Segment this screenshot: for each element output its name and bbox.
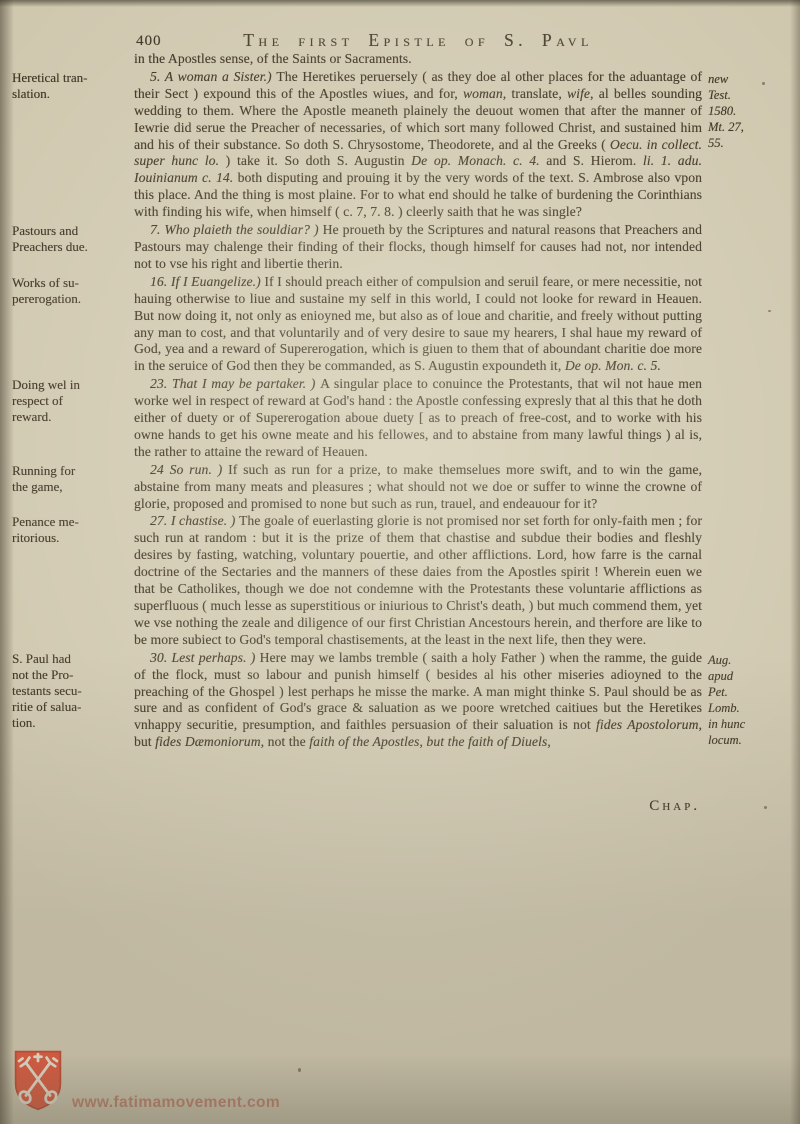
- roman-text: ) take it. So doth S. Augustin: [219, 153, 411, 168]
- italic-text: De op. Monach. c. 4.: [411, 153, 540, 168]
- scan-speck: [298, 1068, 301, 1072]
- roman-text: and S. Hierom.: [540, 153, 643, 168]
- header-left-spacer: [8, 30, 128, 51]
- page-number: 400: [136, 33, 162, 50]
- margin-note-line: tion.: [12, 715, 128, 731]
- margin-note-line: not the Pro-: [12, 667, 128, 683]
- margin-note-left: S. Paul hadnot the Pro-testants secu-rit…: [8, 650, 128, 752]
- margin-note-line: Test.: [708, 87, 792, 103]
- annotation-paragraph: 27. I chastise. ) The goale of euerlasti…: [134, 513, 702, 648]
- margin-note-line: ritie of salua-: [12, 699, 128, 715]
- text-row: Running forthe game,24 So run. ) If such…: [8, 462, 792, 514]
- italic-text: woman: [463, 86, 503, 101]
- italic-text: faith of the Apostles, but the faith of …: [309, 734, 551, 749]
- annotation-paragraph: 24 So run. ) If such as run for a prize,…: [134, 462, 702, 513]
- margin-note-right: newTest.1580.Mt. 27,55.: [708, 69, 792, 222]
- annotation-paragraph: 5. A woman a Sister.) The Heretikes peru…: [134, 69, 702, 221]
- italic-text: 5. A woman a Sister.): [150, 69, 276, 84]
- margin-note-left: [8, 51, 128, 69]
- footer-left-spacer: [8, 752, 128, 815]
- text-row: Doing wel inrespect ofreward.23. That I …: [8, 376, 792, 462]
- text-row: in the Apostles sense, of the Saints or …: [8, 51, 792, 69]
- margin-note-line: Heretical tran-: [12, 70, 128, 86]
- roman-text: , not the: [261, 734, 310, 749]
- margin-note-right: [708, 274, 792, 376]
- margin-note-line: Mt. 27,: [708, 119, 792, 135]
- text-row: Heretical tran-slation.5. A woman a Sist…: [8, 69, 792, 222]
- italic-text: fides Apostolorum: [596, 717, 699, 732]
- margin-note-line: slation.: [12, 86, 128, 102]
- roman-text: in the Apostles sense, of the Saints or …: [134, 51, 412, 66]
- italic-text: wife: [567, 86, 590, 101]
- margin-note-line: Works of su-: [12, 275, 128, 291]
- italic-text: fides Dæmoniorum: [155, 734, 260, 749]
- text-row: Penance me-ritorious.27. I chastise. ) T…: [8, 513, 792, 649]
- margin-note-line: Preachers due.: [12, 239, 128, 255]
- margin-note-line: apud: [708, 668, 792, 684]
- annotation-paragraph: 23. That I may be partaker. ) A singular…: [134, 376, 702, 461]
- margin-note-line: new: [708, 71, 792, 87]
- text-block: in the Apostles sense, of the Saints or …: [8, 51, 792, 752]
- italic-text: 16. If I Euangelize.): [150, 274, 264, 289]
- italic-text: 30. Lest perhaps. ): [150, 650, 260, 665]
- margin-note-line: pererogation.: [12, 291, 128, 307]
- margin-note-left: Pastours andPreachers due.: [8, 222, 128, 274]
- running-title: The first Epistle of S. Pavl: [243, 30, 593, 50]
- margin-note-line: locum.: [708, 732, 792, 748]
- margin-note-line: in hunc: [708, 716, 792, 732]
- scanned-book-page: 400 The first Epistle of S. Pavl in the …: [0, 0, 800, 1124]
- margin-note-line: Lomb.: [708, 700, 792, 716]
- margin-note-right: [708, 462, 792, 514]
- margin-note-left: Penance me-ritorious.: [8, 513, 128, 649]
- margin-note-line: Penance me-: [12, 514, 128, 530]
- text-row: S. Paul hadnot the Pro-testants secu-rit…: [8, 650, 792, 752]
- header-center: 400 The first Epistle of S. Pavl: [134, 30, 702, 51]
- text-row: Pastours andPreachers due.7. Who plaieth…: [8, 222, 792, 274]
- scan-speck: [762, 82, 765, 85]
- catchword: Chap.: [134, 798, 702, 815]
- annotation-paragraph: in the Apostles sense, of the Saints or …: [134, 51, 702, 68]
- italic-text: 27. I chastise. ): [150, 513, 239, 528]
- scan-speck: [764, 806, 767, 809]
- margin-note-line: the game,: [12, 479, 128, 495]
- text-row: Works of su-pererogation.16. If I Euange…: [8, 274, 792, 376]
- scan-speck: [768, 310, 771, 312]
- margin-note-line: 1580.: [708, 103, 792, 119]
- watermark-url: www.fatimamovement.com: [72, 1094, 280, 1116]
- page-header: 400 The first Epistle of S. Pavl: [8, 30, 792, 51]
- annotation-paragraph: 7. Who plaieth the souldiar? ) He prouet…: [134, 222, 702, 273]
- annotation-paragraph: 30. Lest perhaps. ) Here may we lambs tr…: [134, 650, 702, 751]
- margin-note-line: Running for: [12, 463, 128, 479]
- annotation-paragraph: 16. If I Euangelize.) If I should preach…: [134, 274, 702, 375]
- italic-text: 7. Who plaieth the souldiar? ): [150, 222, 323, 237]
- margin-note-left: Doing wel inrespect ofreward.: [8, 376, 128, 462]
- watermark: www.fatimamovement.com: [12, 1049, 280, 1116]
- margin-note-line: Pet.: [708, 684, 792, 700]
- margin-note-line: Aug.: [708, 652, 792, 668]
- page-content: 400 The first Epistle of S. Pavl in the …: [0, 0, 800, 815]
- margin-note-line: respect of: [12, 393, 128, 409]
- roman-text: The goale of euerlasting glorie is not p…: [134, 513, 702, 646]
- margin-note-left: Running forthe game,: [8, 462, 128, 514]
- header-right-spacer: [708, 30, 792, 51]
- margin-note-line: Doing wel in: [12, 377, 128, 393]
- margin-note-line: reward.: [12, 409, 128, 425]
- margin-note-line: Pastours and: [12, 223, 128, 239]
- margin-note-left: Works of su-pererogation.: [8, 274, 128, 376]
- footer-row: Chap.: [8, 752, 792, 815]
- margin-note-right: [708, 513, 792, 649]
- margin-note-right: [708, 376, 792, 462]
- italic-text: 24 So run. ): [150, 462, 228, 477]
- margin-note-line: 55.: [708, 135, 792, 151]
- margin-note-line: S. Paul had: [12, 651, 128, 667]
- margin-note-left: Heretical tran-slation.: [8, 69, 128, 222]
- italic-text: 23. That I may be partaker. ): [150, 376, 320, 391]
- margin-note-line: testants secu-: [12, 683, 128, 699]
- margin-note-right: Aug.apudPet.Lomb.in hunclocum.: [708, 650, 792, 752]
- italic-text: De op. Mon. c. 5.: [565, 358, 661, 373]
- roman-text: , translate,: [503, 86, 567, 101]
- margin-note-line: ritorious.: [12, 530, 128, 546]
- footer-right-spacer: [708, 752, 792, 815]
- crossed-keys-shield-icon: [12, 1049, 64, 1116]
- margin-note-right: [708, 222, 792, 274]
- margin-note-right: [708, 51, 792, 69]
